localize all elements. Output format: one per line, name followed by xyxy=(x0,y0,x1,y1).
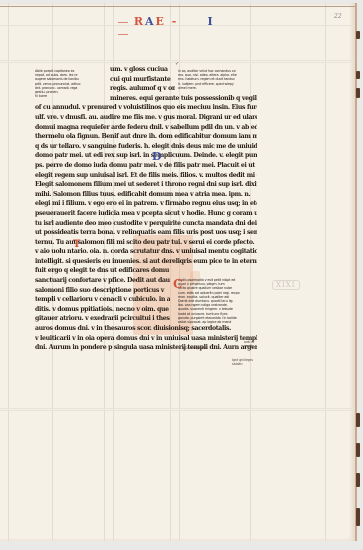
text-line: salomoni filio suo descriptione porticus… xyxy=(35,286,170,296)
decorated-initial-c: C xyxy=(173,277,183,291)
ruling-line xyxy=(0,410,355,411)
page-tab xyxy=(356,413,360,427)
flourish-decoration xyxy=(118,34,128,35)
text-line: dni. Aurum in pondere p singula uasa min… xyxy=(35,343,257,353)
manuscript-leaf: RAE - I 22 ✓ Abile pcepit capitaneo ex n… xyxy=(0,3,357,541)
decorated-initial-t: T xyxy=(73,239,80,250)
header-letter: I xyxy=(208,15,215,28)
page-tab xyxy=(356,443,360,457)
flourish-decoration xyxy=(118,22,128,23)
text-line: domui magna requiefer arde federu dnil. … xyxy=(35,123,257,133)
top-edge xyxy=(0,6,355,7)
text-line: elegit regem sup uniuisal isrl. Et de fi… xyxy=(35,171,257,181)
text-line: thermelu ola fignun. Benif aut dnre ih. … xyxy=(35,132,257,142)
text-line: v leuiticarii v in oia opera domus dni v… xyxy=(35,334,257,344)
text-line: intelligit. si quesieris eu inuenies. si… xyxy=(35,257,257,267)
margin-note: Ignt ginilegru saldan xyxy=(232,358,253,366)
header-letter: E xyxy=(156,15,166,28)
text-line: regis. aulumof q v on xyxy=(35,84,175,94)
text-line: pseuerauerit facere iudicia mea v pcepta… xyxy=(35,209,257,219)
text-line: mineres. equi gerante tuis possessionib … xyxy=(35,94,257,104)
text-line: gitauer atrioru. v exedrarii pcircuitui … xyxy=(35,314,170,324)
header-letter: A xyxy=(145,15,156,28)
text-line: ternu. Tu aut salomon fili mi scito deu … xyxy=(35,238,257,248)
text-line: q ds ur tellaro. v sanguine fuderis. h. … xyxy=(35,142,257,152)
text-line: tu isrl audiente deo meo custodite v per… xyxy=(35,219,257,229)
header-separator: - xyxy=(172,15,179,28)
text-line: of cu annudul. v prenured v voluistilino… xyxy=(35,103,257,113)
folio-number: 22 xyxy=(334,13,342,20)
text-line: ditis. v domus ppitiatiois. necno v oim.… xyxy=(35,305,170,315)
margin-note: ordi et an dt. xyxy=(244,340,254,348)
ruling-line xyxy=(0,408,355,409)
text-line: ulf. vre. v dnusfi. au. audire me fiis m… xyxy=(35,113,257,123)
text-line: mihi. Salomon filius tuus. edificabit do… xyxy=(35,190,257,200)
page-tab xyxy=(356,473,360,487)
text-line: fuit ergo q elegit te dns ut edificares … xyxy=(35,266,170,276)
page-tab xyxy=(356,71,360,79)
page-tab xyxy=(356,31,360,39)
bleed-through-mark: XIXI xyxy=(272,280,300,290)
page-tab xyxy=(356,88,360,98)
header-letter: R xyxy=(134,15,145,28)
text-line: sanctuarij confortare v pfice. Dedit aut… xyxy=(35,276,170,286)
text-line: um. v gloss cuciua xyxy=(35,65,175,75)
page-tab xyxy=(356,508,360,526)
side-gloss: Audis psalmodia v esit petit nisipt ed q… xyxy=(178,278,258,324)
text-line: elegi mi i filium. v ego ero ei in patre… xyxy=(35,199,257,209)
text-line: cui qui murfistante xyxy=(35,75,175,85)
text-line: Elegit salomonem filium mei ut sederet i… xyxy=(35,180,257,190)
running-header: RAE - I xyxy=(118,16,228,28)
text-line: templi v cellarioru v cenacli v cubiculo… xyxy=(35,295,170,305)
ruling-line xyxy=(325,3,326,541)
text-line: v aio uolu ntario. oia. n. corda scrutat… xyxy=(35,247,257,257)
text-line: auros domus dni. v in thesauros scor. di… xyxy=(35,324,245,334)
text-line: ps. perre de domo iuda domu patr mei. v … xyxy=(35,161,257,171)
text-line: domo patr mei. ut edi rex sup isrl. in s… xyxy=(35,151,257,161)
gloss-line: osliat vipvocat. ap logice ab mand xyxy=(178,320,258,324)
margin-note: q Diu tangrand xyxy=(182,346,206,350)
text-line: ut possideatis terra bona. v relinquatis… xyxy=(35,228,257,238)
decorated-initial-d: D xyxy=(152,150,162,163)
ruling-line xyxy=(8,3,9,541)
